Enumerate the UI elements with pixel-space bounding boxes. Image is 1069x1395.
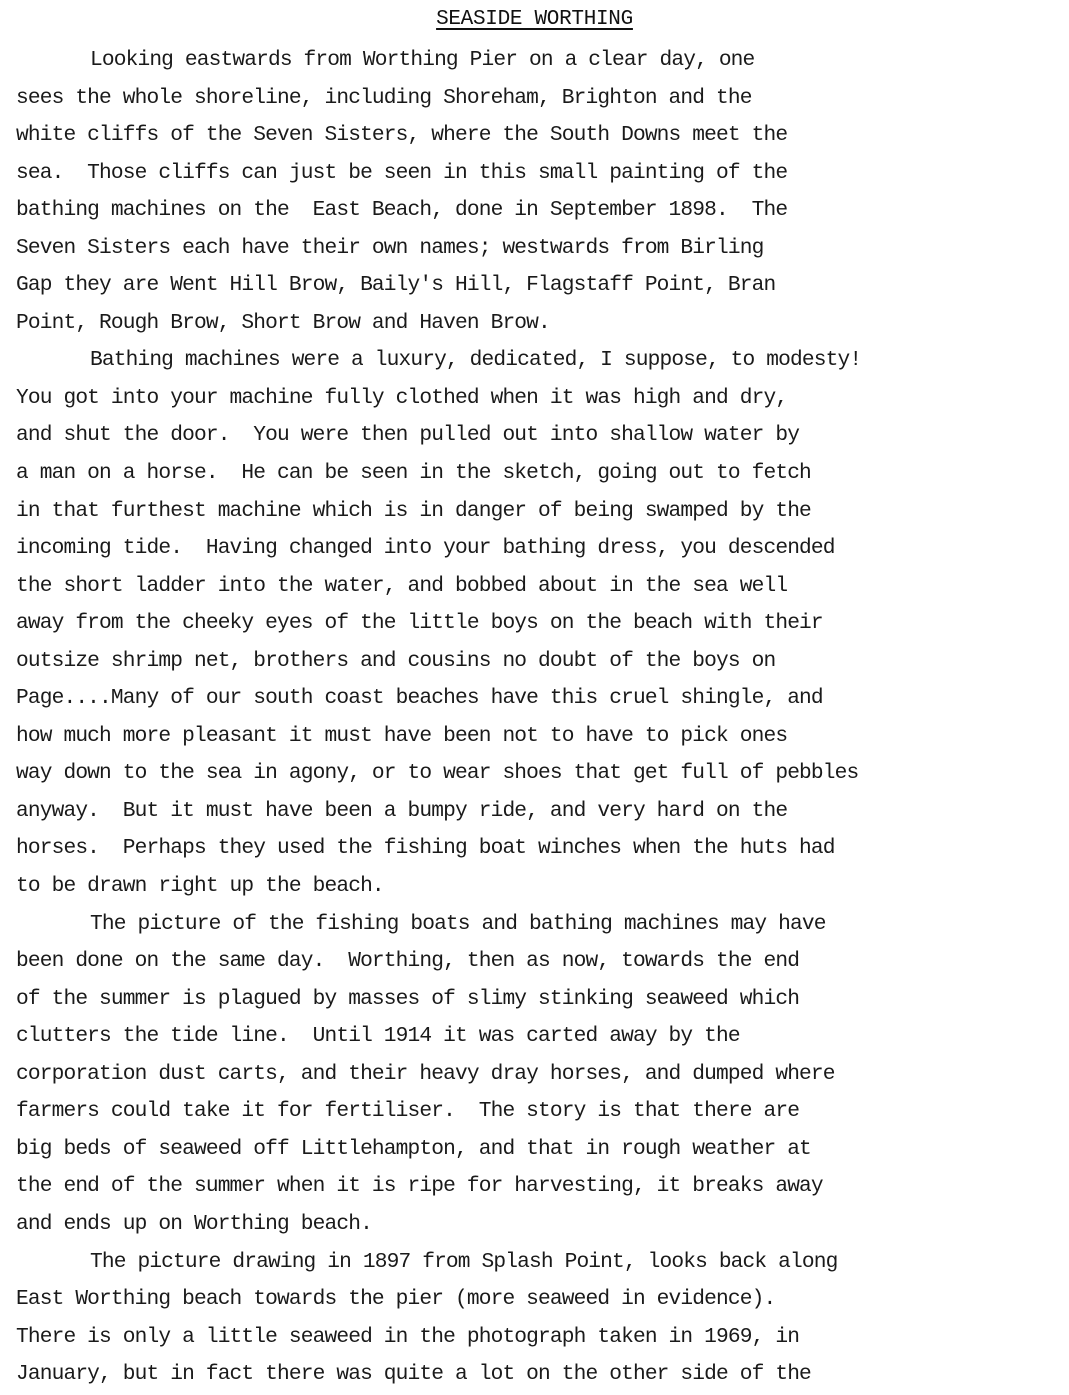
text-line: way down to the sea in agony, or to wear… bbox=[16, 755, 861, 793]
text-line: The picture drawing in 1897 from Splash … bbox=[16, 1244, 861, 1282]
text-line: a man on a horse. He can be seen in the … bbox=[16, 455, 861, 493]
text-line: the short ladder into the water, and bob… bbox=[16, 568, 861, 606]
text-line: sees the whole shoreline, including Shor… bbox=[16, 80, 861, 118]
text-line: away from the cheeky eyes of the little … bbox=[16, 605, 861, 643]
text-line: Gap they are Went Hill Brow, Baily's Hil… bbox=[16, 267, 861, 305]
text-line: clutters the tide line. Until 1914 it wa… bbox=[16, 1018, 861, 1056]
document-title: SEASIDE WORTHING bbox=[0, 6, 1069, 34]
document-body: Looking eastwards from Worthing Pier on … bbox=[16, 42, 861, 1394]
text-line: outsize shrimp net, brothers and cousins… bbox=[16, 643, 861, 681]
text-line: Looking eastwards from Worthing Pier on … bbox=[16, 42, 861, 80]
text-line: sea. Those cliffs can just be seen in th… bbox=[16, 155, 861, 193]
text-line: to be drawn right up the beach. bbox=[16, 868, 861, 906]
text-line: white cliffs of the Seven Sisters, where… bbox=[16, 117, 861, 155]
text-line: how much more pleasant it must have been… bbox=[16, 718, 861, 756]
text-line: The picture of the fishing boats and bat… bbox=[16, 906, 861, 944]
text-line: January, but in fact there was quite a l… bbox=[16, 1356, 861, 1394]
title-text: SEASIDE WORTHING bbox=[436, 8, 633, 31]
text-line: You got into your machine fully clothed … bbox=[16, 380, 861, 418]
text-line: horses. Perhaps they used the fishing bo… bbox=[16, 830, 861, 868]
text-line: in that furthest machine which is in dan… bbox=[16, 493, 861, 531]
text-line: There is only a little seaweed in the ph… bbox=[16, 1319, 861, 1357]
text-line: bathing machines on the East Beach, done… bbox=[16, 192, 861, 230]
document-page: SEASIDE WORTHING Looking eastwards from … bbox=[0, 0, 1069, 1395]
text-line: and ends up on Worthing beach. bbox=[16, 1206, 861, 1244]
text-line: big beds of seaweed off Littlehampton, a… bbox=[16, 1131, 861, 1169]
text-line: East Worthing beach towards the pier (mo… bbox=[16, 1281, 861, 1319]
text-line: Page....Many of our south coast beaches … bbox=[16, 680, 861, 718]
text-line: corporation dust carts, and their heavy … bbox=[16, 1056, 861, 1094]
text-line: and shut the door. You were then pulled … bbox=[16, 417, 861, 455]
text-line: incoming tide. Having changed into your … bbox=[16, 530, 861, 568]
text-line: the end of the summer when it is ripe fo… bbox=[16, 1168, 861, 1206]
text-line: farmers could take it for fertiliser. Th… bbox=[16, 1093, 861, 1131]
text-line: of the summer is plagued by masses of sl… bbox=[16, 981, 861, 1019]
text-line: Point, Rough Brow, Short Brow and Haven … bbox=[16, 305, 861, 343]
text-line: Seven Sisters each have their own names;… bbox=[16, 230, 861, 268]
text-line: Bathing machines were a luxury, dedicate… bbox=[16, 342, 861, 380]
text-line: anyway. But it must have been a bumpy ri… bbox=[16, 793, 861, 831]
text-line: been done on the same day. Worthing, the… bbox=[16, 943, 861, 981]
